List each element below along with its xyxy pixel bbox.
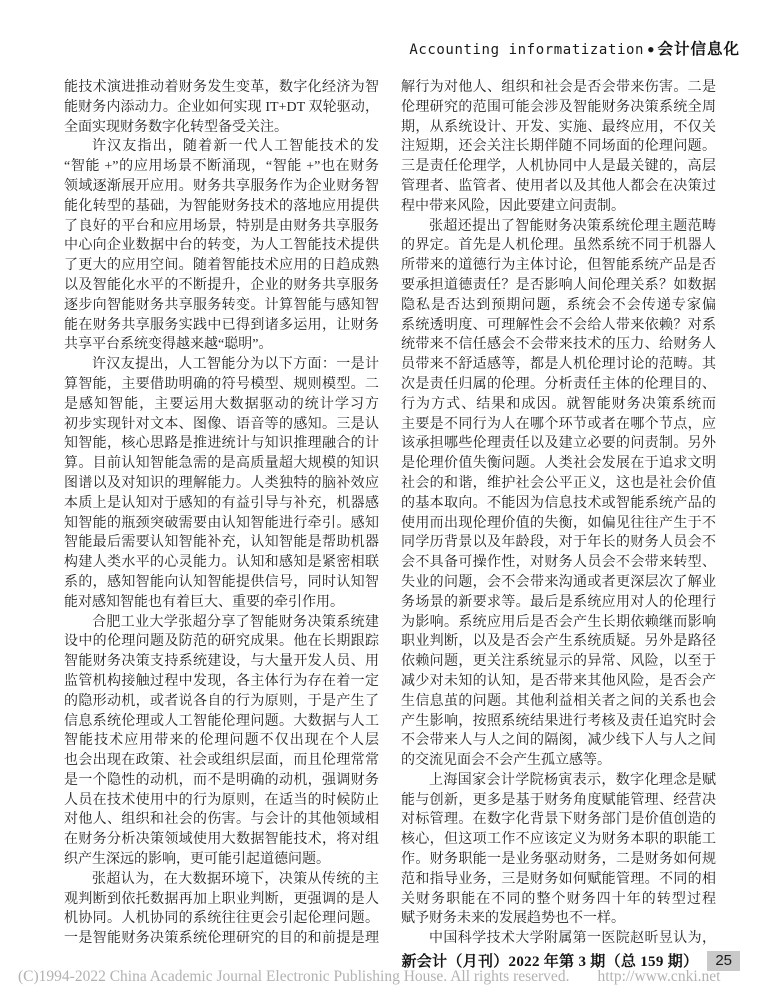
text-line: 职业判断，以及是否会产生系统质疑。另外是路径 xyxy=(401,632,716,652)
text-line: 为影响。系统应用后是否会产生长期依赖继而影响 xyxy=(401,613,716,633)
text-line: 能在财务共享服务实践中已得到诸多运用，让财务 xyxy=(64,316,379,336)
right-column: 解行为对他人、组织和社会是否会带来伤害。二是伦理研究的范围可能会涉及智能财务决策… xyxy=(401,78,716,949)
text-line: 对他人、组织和社会的伤害。与会计的其他领域相比， xyxy=(64,810,379,830)
text-line: 许汉友指出，随着新一代人工智能技术的发展， xyxy=(64,137,379,157)
copyright-footer: (C)1994-2022 China Academic Journal Elec… xyxy=(18,968,720,986)
text-line: 注短期，还会关注长期伴随不同场面的伦理问题。 xyxy=(401,137,716,157)
text-line: 智能技术应用带来的伦理问题不仅出现在个人层面， xyxy=(64,731,379,751)
text-line: 算智能，主要借助明确的符号模型、规则模型。二 xyxy=(64,375,379,395)
text-line: 中国科学技术大学附属第一医院赵昕昱认为， xyxy=(401,929,716,949)
text-line: 减少对未知的认知，是否带来其他风险，是否会产 xyxy=(401,672,716,692)
text-line: 是一个隐性的动机，而不是明确的动机，强调财务 xyxy=(64,771,379,791)
text-line: 人员在技术使用中的行为原则，在适当的时候防止 xyxy=(64,791,379,811)
text-line: 共享平台系统变得越来越“聪明”。 xyxy=(64,335,379,355)
text-line: 了良好的平台和应用场景，特别是由财务共享服务 xyxy=(64,217,379,237)
text-line: 知智能的瓶颈突破需要由认知智能进行牵引。感知 xyxy=(64,514,379,534)
text-line: 员带来不舒适感等，都是人机伦理讨论的范畴。其 xyxy=(401,355,716,375)
text-line: 构建人类水平的心灵能力。认知和感知是紧密相联 xyxy=(64,553,379,573)
text-line: 合肥工业大学张超分享了智能财务决策系统建 xyxy=(64,613,379,633)
text-line: 张超还提出了智能财务决策系统伦理主题范畴 xyxy=(401,217,716,237)
paragraph: 能技术演进推动着财务发生变革，数字化经济为智能财务内添动力。企业如何实现 IT+… xyxy=(64,78,379,137)
text-line: 的交流见面会不会产生孤立感等。 xyxy=(401,751,716,771)
text-line: 关财务职能在不同的整个财务四十年的转型过程中， xyxy=(401,890,716,910)
text-line: 本质上是认知对于感知的有益引导与补充，机器感 xyxy=(64,494,379,514)
text-line: 能财务内添动力。企业如何实现 IT+DT 双轮驱动， xyxy=(64,98,379,118)
paragraph: 合肥工业大学张超分享了智能财务决策系统建设中的伦理问题及防范的研究成果。他在长期… xyxy=(64,613,379,870)
text-line: 信息系统伦理或人工智能伦理问题。大数据与人工 xyxy=(64,712,379,732)
text-line: 机协同。人机协同的系统往往更会引起伦理问题。 xyxy=(64,909,379,929)
text-line: 一是智能财务决策系统伦理研究的目的和前提是理 xyxy=(64,929,379,949)
text-line: 智能财务决策支持系统建设，与大量开发人员、用户、 xyxy=(64,652,379,672)
text-line: 所带来的道德行为主体讨论，但智能系统产品是否 xyxy=(401,256,716,276)
text-line: 织产生深远的影响，更可能引起道德问题。 xyxy=(64,850,379,870)
text-line: 系的，感知智能向认知智能提供信号，同时认知智 xyxy=(64,573,379,593)
text-line: 的基本取向。不能因为信息技术或智能系统产品的 xyxy=(401,494,716,514)
text-line: 了更大的应用空间。随着智能技术应用的日趋成熟 xyxy=(64,256,379,276)
text-line: 设中的伦理问题及防范的研究成果。他在长期跟踪 xyxy=(64,632,379,652)
text-line: “智能 +”的应用场景不断涌现，“智能 +”也在财务 xyxy=(64,157,379,177)
text-line: 能对感知智能也有着巨大、重要的牵引作用。 xyxy=(64,593,379,613)
bullet-separator-icon: ● xyxy=(648,45,653,55)
text-line: 不会带来人与人之间的隔阂，减少线下人与人之间 xyxy=(401,731,716,751)
text-line: 以及智能化水平的不断提升，企业的财务共享服务 xyxy=(64,276,379,296)
text-line: 对标管理。在数字化背景下财务部门是价值创造的 xyxy=(401,810,716,830)
text-line: 社会的和谐，维护社会公平正义，这也是社会价值 xyxy=(401,474,716,494)
text-line: 图谱以及对知识的理解能力。人类独特的脑补效应 xyxy=(64,474,379,494)
text-line: 领域逐渐展开应用。财务共享服务作为企业财务智 xyxy=(64,177,379,197)
text-line: 行为方式、结果和成因。就智能财务决策系统而言， xyxy=(401,395,716,415)
text-line: 也会出现在政策、社会或组织层面，而且伦理常常 xyxy=(64,751,379,771)
copyright-notice: (C)1994-2022 China Academic Journal Elec… xyxy=(18,968,569,985)
text-line: 知智能，核心思路是推进统计与知识推理融合的计 xyxy=(64,434,379,454)
text-line: 全面实现财务数字化转型备受关注。 xyxy=(64,118,379,138)
text-line: 隐私是否达到预期问题，系统会不会传递专家偏见？ xyxy=(401,296,716,316)
text-line: 的隐形动机，或者说各自的行为原则，于是产生了 xyxy=(64,692,379,712)
paragraph: 张超认为，在大数据环境下，决策从传统的主观判断到依托数据再加上职业判断，更强调的… xyxy=(64,870,379,949)
text-line: 务场景的新要求等。最后是系统应用对人的伦理行 xyxy=(401,593,716,613)
text-line: 是伦理价值失衡问题。人类社会发展在于追求文明 xyxy=(401,454,716,474)
text-line: 范和指导业务，三是财务如何赋能管理。不同的相 xyxy=(401,870,716,890)
text-line: 使用而出现伦理价值的失衡，如偏见往往产生于不 xyxy=(401,514,716,534)
header-title-zh: 会计信息化 xyxy=(657,41,740,58)
text-line: 解行为对他人、组织和社会是否会带来伤害。二是 xyxy=(401,78,716,98)
text-line: 张超认为，在大数据环境下，决策从传统的主 xyxy=(64,870,379,890)
text-line: 伦理研究的范围可能会涉及智能财务决策系统全周 xyxy=(401,98,716,118)
cnki-url: http://www.cnki.net xyxy=(597,968,720,985)
text-line: 能技术演进推动着财务发生变革，数字化经济为智 xyxy=(64,78,379,98)
text-line: 在财务分析决策领域使用大数据智能技术，将对组 xyxy=(64,830,379,850)
text-line: 失业的问题，会不会带来沟通或者更深层次了解业 xyxy=(401,573,716,593)
paragraph: 许汉友指出，随着新一代人工智能技术的发展，“智能 +”的应用场景不断涌现，“智能… xyxy=(64,137,379,355)
text-line: 要承担道德责任？是否影响人间伦理关系？如数据 xyxy=(401,276,716,296)
text-line: 会不具备可操作性，对财务人员会不会带来转型、 xyxy=(401,553,716,573)
text-line: 能与创新，更多是基于财务角度赋能管理、经营决策、 xyxy=(401,791,716,811)
journal-page: Accounting informatization●会计信息化 能技术演进推动… xyxy=(0,0,780,1000)
text-line: 能化转型的基础，为智能财务技术的落地应用提供 xyxy=(64,197,379,217)
text-line: 算。目前认知智能急需的是高质量超大规模的知识 xyxy=(64,454,379,474)
text-line: 中心向企业数据中台的转变，为人工智能技术提供 xyxy=(64,236,379,256)
header-title-en: Accounting informatization xyxy=(409,42,644,58)
paragraph: 许汉友提出，人工智能分为以下方面：一是计算智能，主要借助明确的符号模型、规则模型… xyxy=(64,355,379,612)
text-line: 期，从系统设计、开发、实施、最终应用，不仅关 xyxy=(401,118,716,138)
paragraph: 中国科学技术大学附属第一医院赵昕昱认为， xyxy=(401,929,716,949)
text-line: 智能最后需要认知智能补充，认知智能是帮助机器 xyxy=(64,533,379,553)
text-line: 观判断到依托数据再加上职业判断，更强调的是人 xyxy=(64,890,379,910)
text-line: 的界定。首先是人机伦理。虽然系统不同于机器人 xyxy=(401,236,716,256)
text-line: 许汉友提出，人工智能分为以下方面：一是计 xyxy=(64,355,379,375)
text-line: 逐步向智能财务共享服务转变。计算智能与感知智 xyxy=(64,296,379,316)
text-line: 初步实现针对文本、图像、语音等的感知。三是认 xyxy=(64,415,379,435)
text-line: 系统透明度、可理解性会不会给人带来依赖？对系 xyxy=(401,316,716,336)
article-body: 能技术演进推动着财务发生变革，数字化经济为智能财务内添动力。企业如何实现 IT+… xyxy=(64,78,716,949)
text-line: 赋予财务未来的发展趋势也不一样。 xyxy=(401,909,716,929)
text-line: 程中带来风险，因此要建立问责制。 xyxy=(401,197,716,217)
text-line: 主要是不同行为人在哪个环节或者在哪个节点，应 xyxy=(401,415,716,435)
paragraph: 张超还提出了智能财务决策系统伦理主题范畴的界定。首先是人机伦理。虽然系统不同于机… xyxy=(401,217,716,771)
left-column: 能技术演进推动着财务发生变革，数字化经济为智能财务内添动力。企业如何实现 IT+… xyxy=(64,78,379,949)
text-line: 同学历背景以及年龄段，对于年长的财务人员会不 xyxy=(401,533,716,553)
text-line: 统带来不信任感会不会带来技术的压力、给财务人 xyxy=(401,335,716,355)
text-line: 产生影响，按照系统结果进行考核及责任追究时会 xyxy=(401,712,716,732)
text-line: 次是责任归属的伦理。分析责任主体的伦理目的、 xyxy=(401,375,716,395)
paragraph: 上海国家会计学院杨寅表示，数字化理念是赋能与创新，更多是基于财务角度赋能管理、经… xyxy=(401,771,716,929)
paragraph: 解行为对他人、组织和社会是否会带来伤害。二是伦理研究的范围可能会涉及智能财务决策… xyxy=(401,78,716,217)
text-line: 三是责任伦理学，人机协同中人是最关键的，高层 xyxy=(401,157,716,177)
text-line: 上海国家会计学院杨寅表示，数字化理念是赋 xyxy=(401,771,716,791)
text-line: 该承担哪些伦理责任以及建立必要的问责制。另外 xyxy=(401,434,716,454)
text-line: 生信息茧的问题。其他利益相关者之间的关系也会 xyxy=(401,692,716,712)
text-line: 管理者、监管者、使用者以及其他人都会在决策过 xyxy=(401,177,716,197)
text-line: 作。财务职能一是业务驱动财务，二是财务如何规 xyxy=(401,850,716,870)
page-header: Accounting informatization●会计信息化 xyxy=(409,37,740,59)
text-line: 监管机构接触过程中发现，各主体行为存在着一定 xyxy=(64,672,379,692)
text-line: 核心，但这项工作不应该定义为财务本职的职能工 xyxy=(401,830,716,850)
text-line: 依赖问题，更关注系统显示的异常、风险，以至于 xyxy=(401,652,716,672)
text-line: 是感知智能，主要运用大数据驱动的统计学习方法， xyxy=(64,395,379,415)
